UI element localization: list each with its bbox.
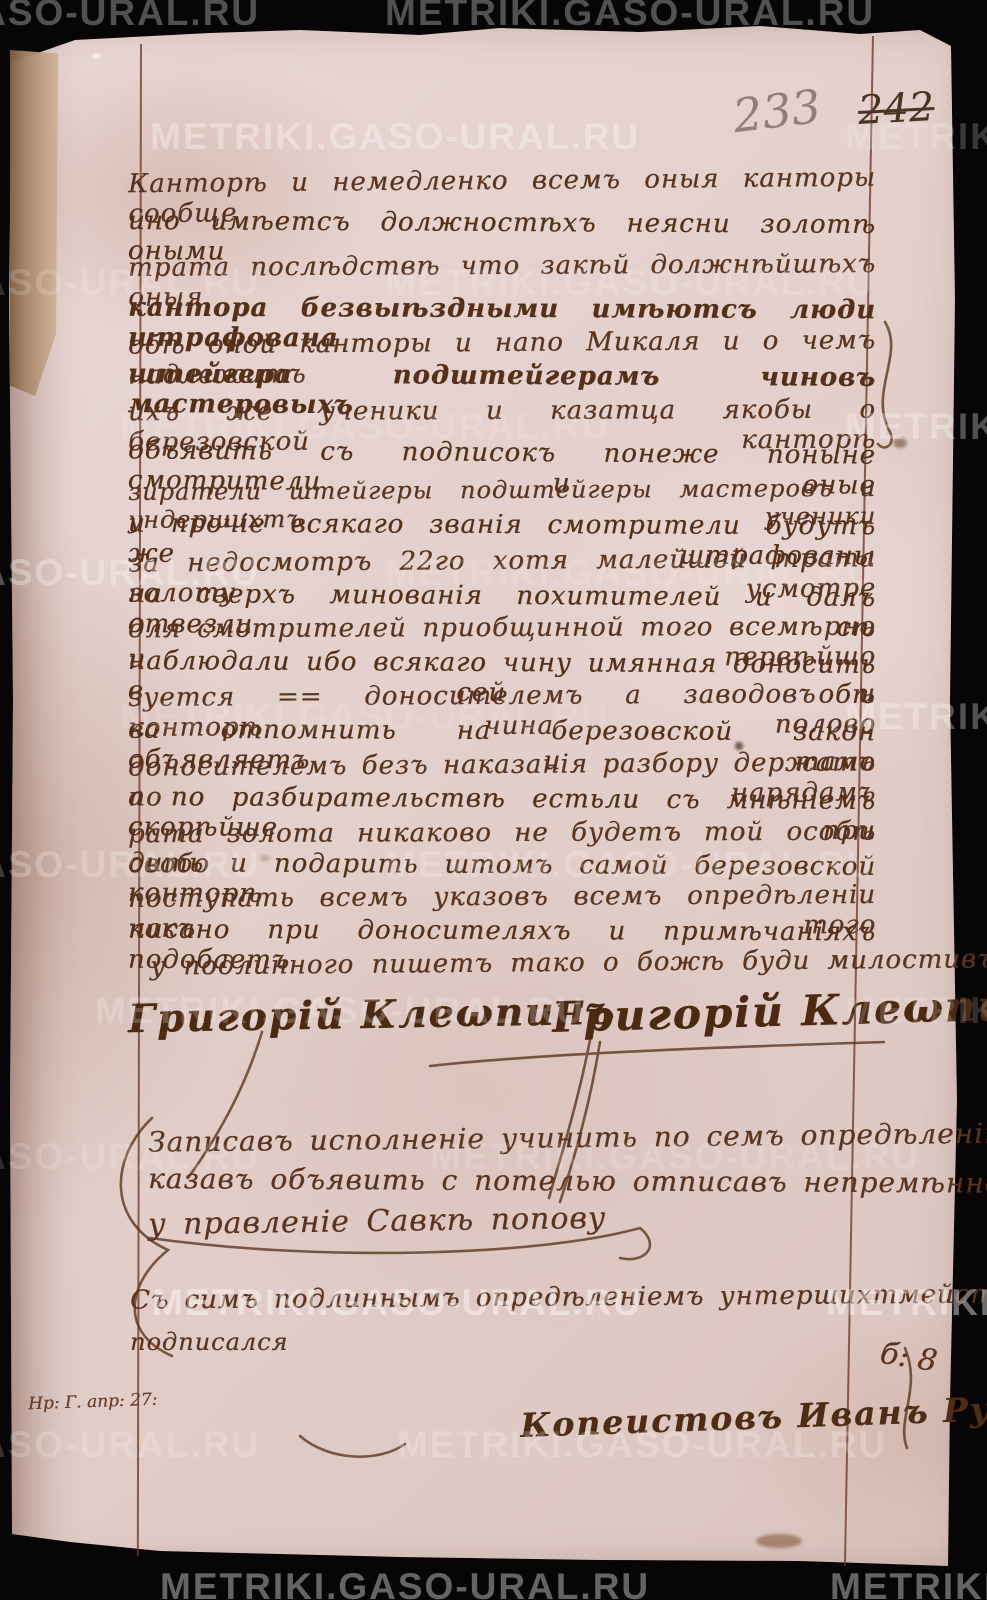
watermark-text: METRIKI.GASO-URAL.RU: [0, 0, 260, 34]
binding-gutter-strip: [10, 50, 58, 396]
certification-line: Съ симъ подлиннымъ опредѣленіемъ унтерши…: [130, 1280, 870, 1315]
text-line: писано при доносителяхъ и примѣчаніяхъ п…: [128, 915, 876, 948]
text-line: а по разбирательствѣ естьли съ мнѣніемъ …: [128, 782, 876, 816]
text-line: ихъ же ученики и казатца якобы о березов…: [128, 395, 876, 428]
text-line: за недосмотръ 22го хотя малейшей трата з…: [128, 543, 876, 578]
resolution-line: казавъ объявить с потелью отписавъ непре…: [148, 1162, 848, 1199]
edge-stain: [756, 1534, 802, 1548]
watermark-text: METRIKI.GASO-URAL.RU: [385, 0, 875, 34]
signature-left: Григорій Клеωпинъ: [128, 988, 617, 1043]
paper-speck: [92, 53, 101, 59]
text-line: зиратели штейгеры подштейгеры мастеровъ …: [128, 474, 876, 508]
text-line: ино имѣетсъ должностѣхъ неясни золотѣ он…: [128, 206, 876, 240]
text-line: рата золота никаково не будетъ той особѣ…: [128, 817, 876, 850]
ink-stain: [893, 438, 907, 448]
text-line: для смотрителей приобщинной того всемѣрн…: [128, 612, 876, 645]
text-line: обѣ оной канторы и напо Микаля и о чемъ …: [128, 325, 876, 360]
text-line: объявить съ подписокъ понеже поныне смот…: [128, 435, 876, 470]
resolution-line: у правленіе Савкѣ попову: [148, 1201, 607, 1242]
text-line: на сверхъ минованія похитителей и далъ о…: [128, 579, 876, 613]
text-line: штейгера подштейгерамъ чиновъ мастеровых…: [128, 359, 876, 393]
text-line: трата послѣдствѣ что закѣй должнѣйшѣхъ о…: [128, 249, 876, 283]
folio-number-pencil: 233: [730, 79, 824, 143]
watermark-text: METRIKI.GASO-URAL.RU: [830, 1566, 987, 1600]
text-line: доносителемъ безъ наказанія разбору держ…: [128, 747, 876, 782]
text-line: дить и подарить штомъ самой березовской …: [128, 848, 876, 882]
certification-line: подписался: [130, 1328, 288, 1356]
text-line: наблюдали ибо всякаго чину имянная донос…: [128, 646, 876, 680]
manuscript-scan: 233 242 Канторѣ и немедленко всемъ оныя …: [0, 0, 987, 1600]
text-line: кантора безвыѣздными имѣютсъ люди штрафо…: [128, 293, 876, 326]
text-line: зуется == доносителемъ а заводовъ и конт…: [128, 679, 876, 713]
text-line: и прочіе всякаго званія смотрители будут…: [128, 509, 876, 542]
text-line: ва отпомнить на березовской закон объявл…: [128, 715, 876, 748]
folio-number-struck: 242: [857, 84, 936, 134]
watermark-text: METRIKI.GASO-URAL.RU: [160, 1566, 650, 1600]
text-line: поступать всемъ указовъ всемъ опредѣлені…: [128, 880, 876, 914]
